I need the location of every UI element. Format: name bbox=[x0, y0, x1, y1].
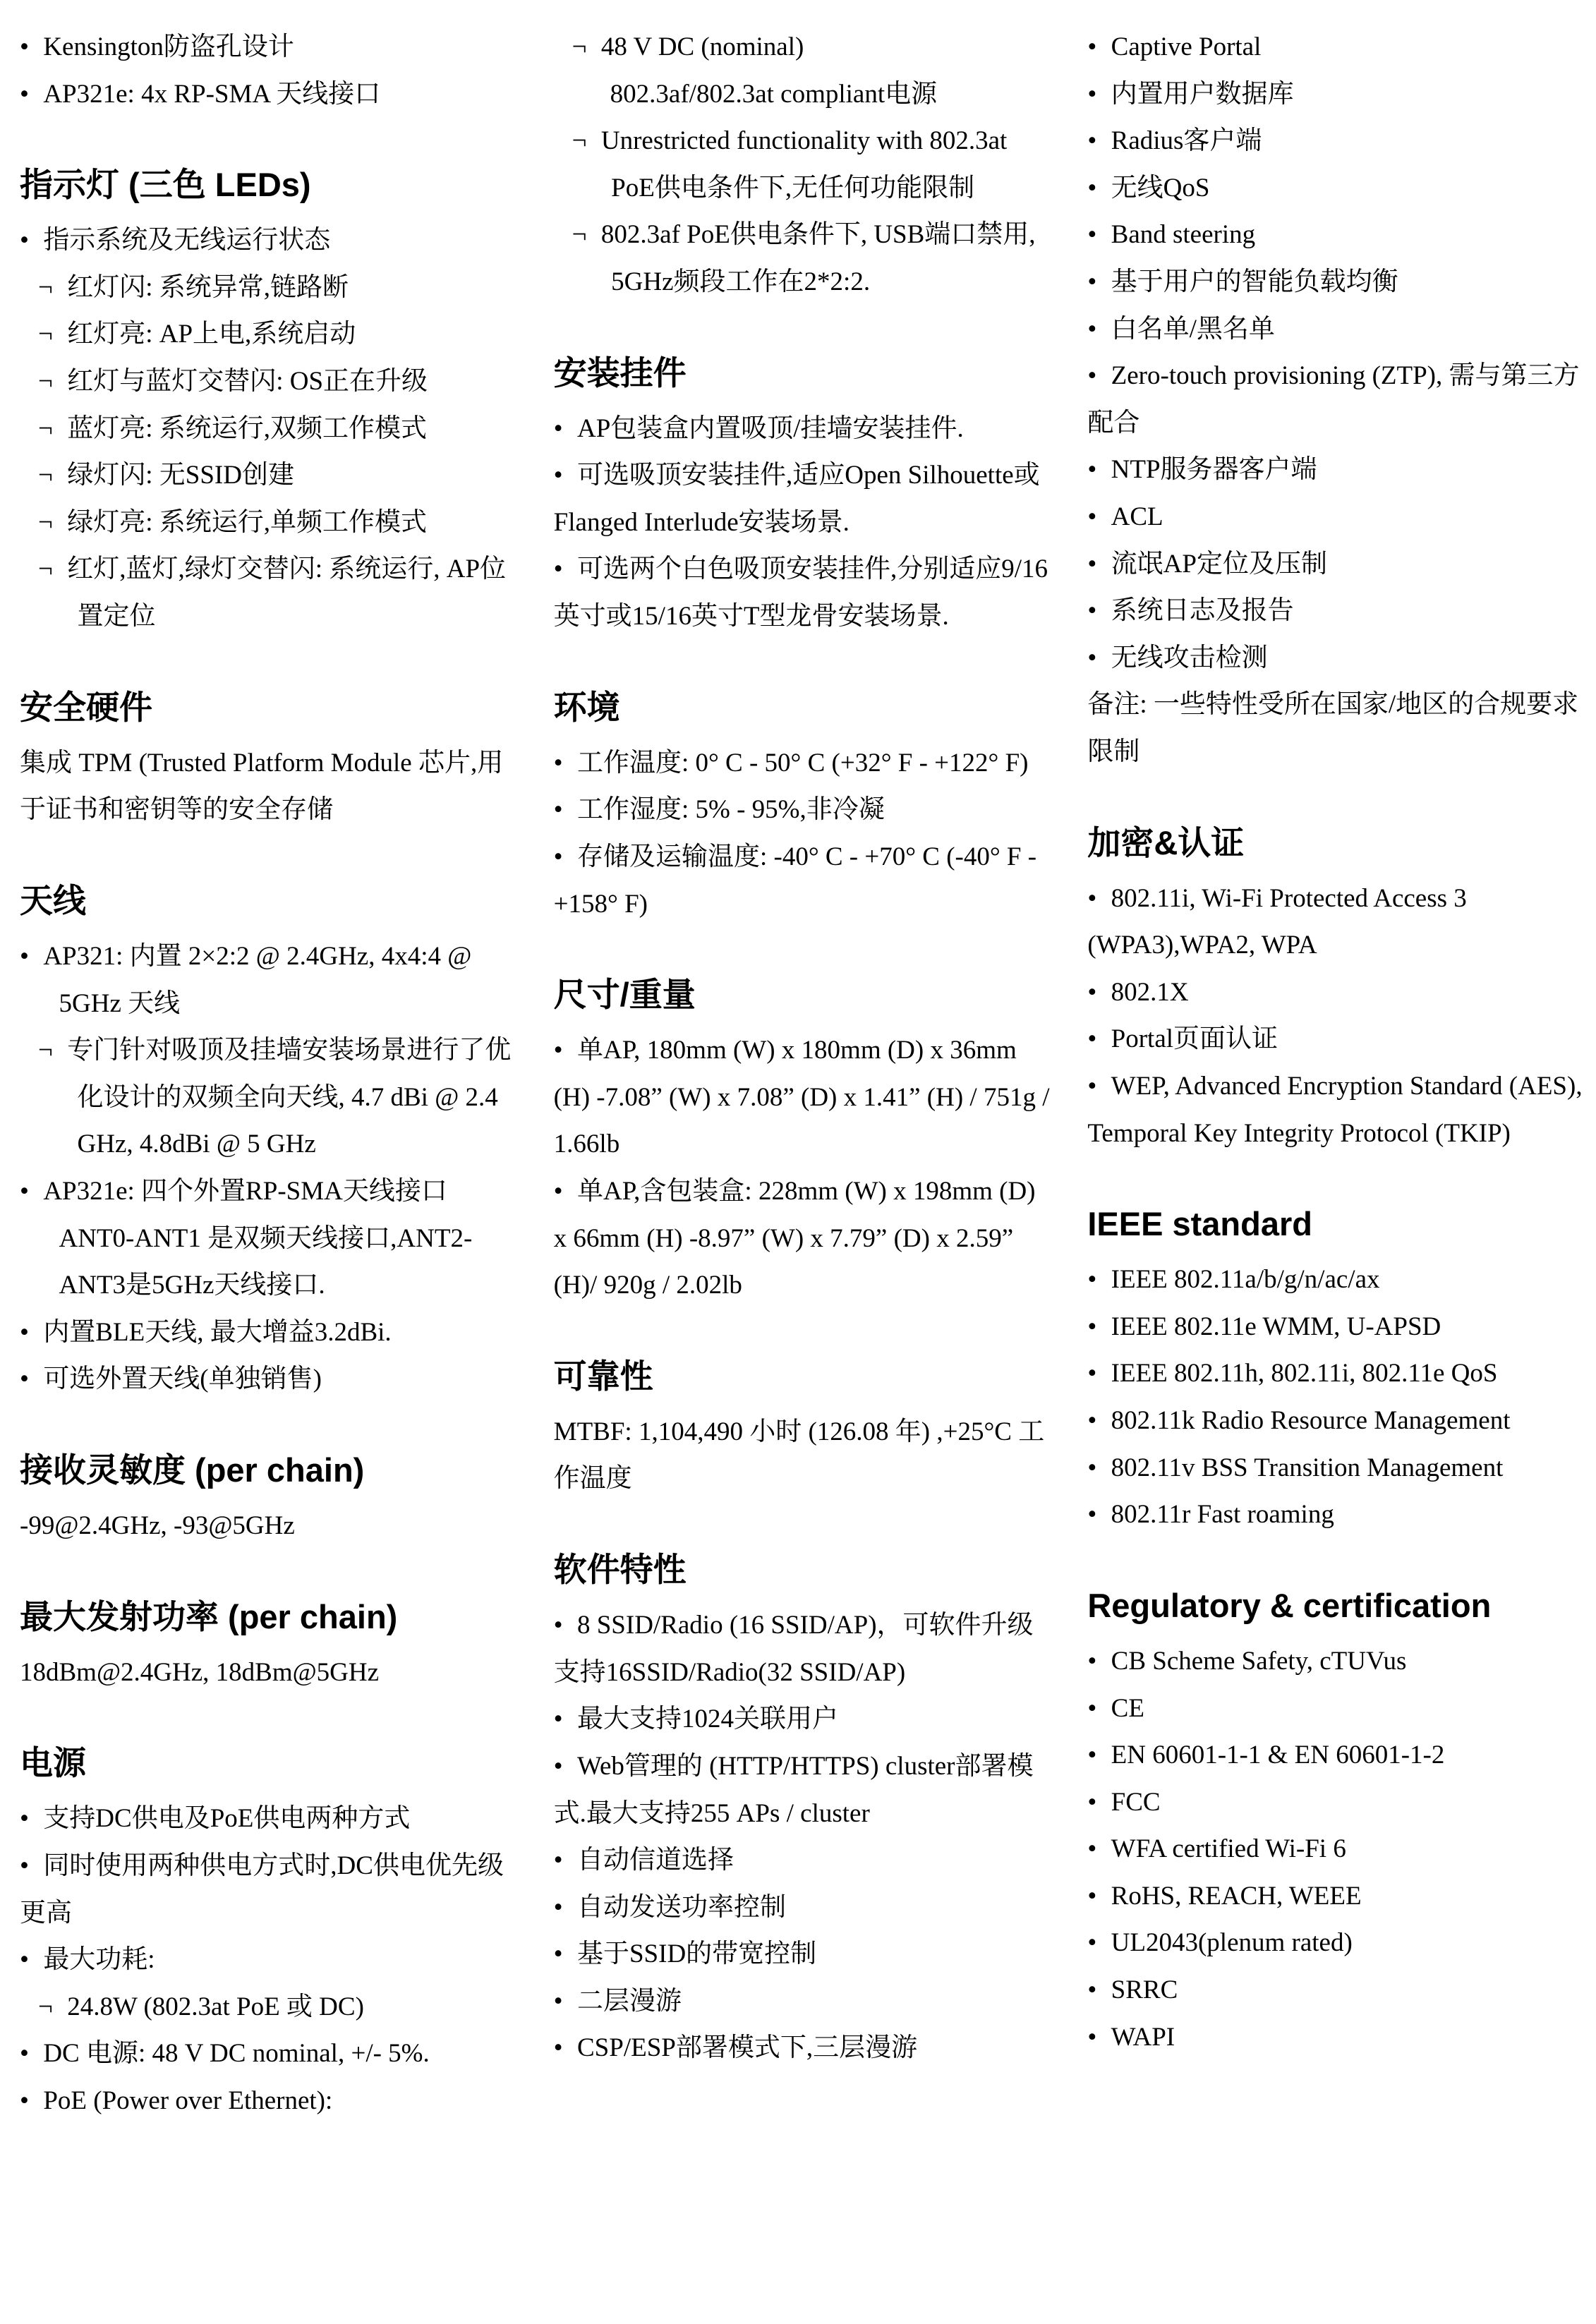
item-text: -99@2.4GHz, -93@5GHz bbox=[20, 1511, 295, 1540]
list-item: •WAPI bbox=[1087, 2014, 1585, 2062]
list-item: •802.11v BSS Transition Management bbox=[1087, 1445, 1585, 1492]
bullet-dot-icon: • bbox=[1087, 126, 1096, 155]
list-item: •Web管理的 (HTTP/HTTPS) cluster部署模式.最大支持255… bbox=[554, 1743, 1051, 1837]
bullet-dot-icon: • bbox=[20, 1318, 29, 1347]
bullet-dot-icon: • bbox=[554, 1705, 563, 1733]
item-text: 同时使用两种供电方式时,DC供电优先级更高 bbox=[20, 1851, 504, 1927]
bullet-dot-icon: • bbox=[20, 1804, 29, 1833]
list-item: •802.11i, Wi-Fi Protected Access 3 (WPA3… bbox=[1087, 876, 1585, 969]
bullet-dot-icon: • bbox=[554, 414, 563, 443]
section-heading: 电源 bbox=[20, 1741, 517, 1784]
list-item: •支持DC供电及PoE供电两种方式 bbox=[20, 1796, 517, 1843]
bullet-dot-icon: • bbox=[554, 1846, 563, 1875]
item-text: 工作温度: 0° C - 50° C (+32° F - +122° F) bbox=[577, 749, 1029, 777]
list-item: •802.1X bbox=[1087, 969, 1585, 1017]
spec-column-left: •Kensington防盗孔设计•AP321e: 4x RP-SMA 天线接口指… bbox=[20, 24, 517, 2310]
item-text: 指示系统及无线运行状态 bbox=[43, 226, 330, 255]
bullet-dot-icon: • bbox=[20, 1177, 29, 1206]
list-item: •无线QoS bbox=[1087, 165, 1585, 212]
list-item: •802.11r Fast roaming bbox=[1087, 1491, 1585, 1539]
item-text: 802.11r Fast roaming bbox=[1111, 1500, 1334, 1529]
item-text: 802.3af PoE供电条件下, USB端口禁用, 5GHz频段工作在2*2:… bbox=[601, 220, 1036, 296]
list-item: •Band steering bbox=[1087, 212, 1585, 259]
item-text: Unrestricted functionality with 802.3at … bbox=[601, 126, 1007, 202]
bullet-sub-icon: ¬ bbox=[38, 508, 53, 537]
item-text: 24.8W (802.3at PoE 或 DC) bbox=[67, 1992, 364, 2021]
list-item: •802.11k Radio Resource Management bbox=[1087, 1398, 1585, 1445]
section-heading: Regulatory & certification bbox=[1087, 1584, 1585, 1627]
list-item: ¬蓝灯亮: 系统运行,双频工作模式 bbox=[38, 406, 517, 453]
list-item: •指示系统及无线运行状态 bbox=[20, 217, 517, 265]
item-text: UL2043(plenum rated) bbox=[1111, 1928, 1353, 1957]
bullet-dot-icon: • bbox=[1087, 315, 1096, 344]
bullet-dot-icon: • bbox=[20, 942, 29, 971]
bullet-dot-icon: • bbox=[1087, 1694, 1096, 1723]
item-text: WFA certified Wi-Fi 6 bbox=[1111, 1834, 1346, 1863]
list-item: ¬红灯与蓝灯交替闪: OS正在升级 bbox=[38, 358, 517, 406]
bullet-dot-icon: • bbox=[20, 32, 29, 61]
section-heading: 天线 bbox=[20, 879, 517, 922]
item-text: 可选两个白色吸顶安装挂件,分别适应9/16英寸或15/16英寸T型龙骨安装场景. bbox=[554, 555, 1048, 631]
section-heading: 环境 bbox=[554, 686, 1051, 729]
item-text: Portal页面认证 bbox=[1111, 1024, 1278, 1053]
bullet-dot-icon: • bbox=[554, 795, 563, 824]
list-item: •Radius客户端 bbox=[1087, 118, 1585, 165]
item-text: 集成 TPM (Trusted Platform Module 芯片,用于证书和… bbox=[20, 749, 503, 825]
item-text: 单AP, 180mm (W) x 180mm (D) x 36mm (H) -7… bbox=[554, 1036, 1050, 1158]
bullet-dot-icon: • bbox=[554, 555, 563, 583]
item-text: AP321e: 四个外置RP-SMA天线接口 ANT0-ANT1 是双频天线接口… bbox=[43, 1177, 472, 1300]
bullet-sub-icon: ¬ bbox=[38, 555, 53, 583]
item-text: AP321: 内置 2×2:2 @ 2.4GHz, 4x4:4 @ 5GHz 天… bbox=[43, 942, 471, 1018]
bullet-dot-icon: • bbox=[1087, 884, 1096, 913]
section-heading: 加密&认证 bbox=[1087, 821, 1585, 864]
list-item: •ACL bbox=[1087, 494, 1585, 541]
list-item: •工作温度: 0° C - 50° C (+32° F - +122° F) bbox=[554, 740, 1051, 787]
section-heading: 软件特性 bbox=[554, 1548, 1051, 1591]
bullet-dot-icon: • bbox=[554, 461, 563, 490]
list-item: •基于用户的智能负载均衡 bbox=[1087, 259, 1585, 306]
bullet-dot-icon: • bbox=[1087, 550, 1096, 579]
section-heading: 安装挂件 bbox=[554, 351, 1051, 394]
item-text: EN 60601-1-1 & EN 60601-1-2 bbox=[1111, 1741, 1445, 1769]
item-text: CE bbox=[1111, 1694, 1144, 1723]
datasheet-page: •Kensington防盗孔设计•AP321e: 4x RP-SMA 天线接口指… bbox=[0, 0, 1596, 2324]
item-text: FCC bbox=[1111, 1788, 1161, 1817]
item-text: RoHS, REACH, WEEE bbox=[1111, 1882, 1362, 1911]
item-text: 无线QoS bbox=[1111, 174, 1210, 202]
bullet-dot-icon: • bbox=[1087, 1928, 1096, 1957]
item-text: 单AP,含包装盒: 228mm (W) x 198mm (D) x 66mm (… bbox=[554, 1177, 1036, 1300]
item-text: IEEE 802.11h, 802.11i, 802.11e QoS bbox=[1111, 1359, 1498, 1388]
bullet-dot-icon: • bbox=[1087, 1312, 1096, 1341]
list-item: •Kensington防盗孔设计 bbox=[20, 24, 517, 71]
list-item: •DC 电源: 48 V DC nominal, +/- 5%. bbox=[20, 2031, 517, 2078]
bullet-dot-icon: • bbox=[554, 749, 563, 777]
list-item: ¬24.8W (802.3at PoE 或 DC) bbox=[38, 1984, 517, 2031]
item-text: 蓝灯亮: 系统运行,双频工作模式 bbox=[67, 414, 427, 443]
item-text: DC 电源: 48 V DC nominal, +/- 5%. bbox=[43, 2039, 429, 2068]
item-text: 最大支持1024关联用户 bbox=[577, 1705, 838, 1733]
list-item: ¬红灯亮: AP上电,系统启动 bbox=[38, 311, 517, 358]
list-item: •SRRC bbox=[1087, 1967, 1585, 2014]
list-item: •基于SSID的带宽控制 bbox=[554, 1931, 1051, 1978]
bullet-dot-icon: • bbox=[554, 2033, 563, 2062]
bullet-dot-icon: • bbox=[1087, 80, 1096, 109]
list-item: •AP321: 内置 2×2:2 @ 2.4GHz, 4x4:4 @ 5GHz … bbox=[20, 933, 517, 1027]
list-item: •AP321e: 4x RP-SMA 天线接口 bbox=[20, 71, 517, 119]
item-text: 无线攻击检测 bbox=[1111, 643, 1268, 672]
list-item: •8 SSID/Radio (16 SSID/AP)，可软件升级支持16SSID… bbox=[554, 1602, 1051, 1696]
bullet-dot-icon: • bbox=[554, 842, 563, 871]
list-item: •CE bbox=[1087, 1685, 1585, 1733]
bullet-dot-icon: • bbox=[20, 1945, 29, 1974]
list-item: ¬绿灯闪: 无SSID创建 bbox=[38, 452, 517, 500]
item-text: Web管理的 (HTTP/HTTPS) cluster部署模式.最大支持255 … bbox=[554, 1752, 1034, 1828]
list-item: •CSP/ESP部署模式下,三层漫游 bbox=[554, 2025, 1051, 2072]
item-text: 18dBm@2.4GHz, 18dBm@5GHz bbox=[20, 1658, 379, 1687]
bullet-dot-icon: • bbox=[1087, 1500, 1096, 1529]
bullet-dot-icon: • bbox=[20, 1851, 29, 1880]
spec-column-middle: ¬48 V DC (nominal)802.3af/802.3at compli… bbox=[554, 24, 1051, 2310]
item-text: 存储及运输温度: -40° C - +70° C (-40° F - +158°… bbox=[554, 842, 1036, 919]
item-text: 802.1X bbox=[1111, 978, 1189, 1007]
list-item: ¬专门针对吸顶及挂墙安装场景进行了优化设计的双频全向天线, 4.7 dBi @ … bbox=[38, 1027, 517, 1168]
list-item: •二层漫游 bbox=[554, 1978, 1051, 2026]
item-text: Band steering bbox=[1111, 220, 1255, 249]
bullet-dot-icon: • bbox=[1087, 978, 1096, 1007]
bullet-dot-icon: • bbox=[1087, 1741, 1096, 1769]
item-text: 8 SSID/Radio (16 SSID/AP)，可软件升级支持16SSID/… bbox=[554, 1611, 1034, 1687]
list-item: •白名单/黑名单 bbox=[1087, 306, 1585, 353]
bullet-dot-icon: • bbox=[20, 2086, 29, 2115]
section-heading: IEEE standard bbox=[1087, 1202, 1585, 1245]
list-item: •AP包装盒内置吸顶/挂墙安装挂件. bbox=[554, 406, 1051, 453]
list-item: •可选两个白色吸顶安装挂件,分别适应9/16英寸或15/16英寸T型龙骨安装场景… bbox=[554, 546, 1051, 640]
bullet-dot-icon: • bbox=[1087, 220, 1096, 249]
list-item: ¬Unrestricted functionality with 802.3at… bbox=[572, 118, 1051, 212]
bullet-dot-icon: • bbox=[20, 1364, 29, 1393]
bullet-sub-icon: ¬ bbox=[38, 1992, 53, 2021]
bullet-dot-icon: • bbox=[1087, 1406, 1096, 1435]
bullet-sub-icon: ¬ bbox=[38, 461, 53, 490]
list-item: ¬48 V DC (nominal) bbox=[572, 24, 1051, 71]
item-text: PoE (Power over Ethernet): bbox=[43, 2086, 332, 2115]
list-item: ¬红灯闪: 系统异常,链路断 bbox=[38, 265, 517, 312]
item-text: Kensington防盗孔设计 bbox=[43, 32, 294, 61]
list-item: •FCC bbox=[1087, 1779, 1585, 1827]
item-text: 红灯亮: AP上电,系统启动 bbox=[67, 320, 356, 349]
item-text: 最大功耗: bbox=[43, 1945, 155, 1974]
bullet-dot-icon: • bbox=[20, 2039, 29, 2068]
list-item: •单AP,含包装盒: 228mm (W) x 198mm (D) x 66mm … bbox=[554, 1168, 1051, 1309]
list-item: 802.3af/802.3at compliant电源 bbox=[572, 71, 1051, 119]
item-text: 内置用户数据库 bbox=[1111, 80, 1294, 109]
list-item: •同时使用两种供电方式时,DC供电优先级更高 bbox=[20, 1843, 517, 1937]
list-item: ¬红灯,蓝灯,绿灯交替闪: 系统运行, AP位置定位 bbox=[38, 546, 517, 640]
paragraph: -99@2.4GHz, -93@5GHz bbox=[20, 1503, 517, 1550]
bullet-dot-icon: • bbox=[20, 226, 29, 255]
item-text: 48 V DC (nominal) bbox=[601, 32, 804, 61]
item-text: IEEE 802.11a/b/g/n/ac/ax bbox=[1111, 1265, 1380, 1294]
item-text: NTP服务器客户端 bbox=[1111, 455, 1317, 484]
bullet-dot-icon: • bbox=[20, 80, 29, 109]
item-text: 流氓AP定位及压制 bbox=[1111, 550, 1327, 579]
bullet-dot-icon: • bbox=[1087, 1072, 1096, 1101]
bullet-dot-icon: • bbox=[554, 1987, 563, 2016]
bullet-dot-icon: • bbox=[1087, 1882, 1096, 1911]
bullet-dot-icon: • bbox=[1087, 1265, 1096, 1294]
list-item: •内置用户数据库 bbox=[1087, 71, 1585, 119]
bullet-dot-icon: • bbox=[1087, 1024, 1096, 1053]
item-text: 工作湿度: 5% - 95%,非冷凝 bbox=[577, 795, 885, 824]
item-text: 802.3af/802.3at compliant电源 bbox=[610, 80, 937, 109]
bullet-dot-icon: • bbox=[1087, 1975, 1096, 2004]
item-text: 802.11i, Wi-Fi Protected Access 3 (WPA3)… bbox=[1087, 884, 1466, 960]
bullet-dot-icon: • bbox=[554, 1893, 563, 1922]
item-text: AP包装盒内置吸顶/挂墙安装挂件. bbox=[577, 414, 964, 443]
item-text: ACL bbox=[1111, 502, 1163, 531]
item-text: MTBF: 1,104,490 小时 (126.08 年) ,+25°C 工作温… bbox=[554, 1417, 1045, 1494]
list-item: •Captive Portal bbox=[1087, 24, 1585, 71]
item-text: 绿灯亮: 系统运行,单频工作模式 bbox=[67, 508, 427, 537]
item-text: 绿灯闪: 无SSID创建 bbox=[67, 461, 294, 490]
item-text: 红灯闪: 系统异常,链路断 bbox=[67, 273, 349, 302]
list-item: •最大功耗: bbox=[20, 1937, 517, 1984]
bullet-sub-icon: ¬ bbox=[572, 32, 587, 61]
list-item: •EN 60601-1-1 & EN 60601-1-2 bbox=[1087, 1732, 1585, 1779]
item-text: 备注: 一些特性受所在国家/地区的合规要求限制 bbox=[1087, 690, 1578, 766]
item-text: Radius客户端 bbox=[1111, 126, 1262, 155]
item-text: WEP, Advanced Encryption Standard (AES),… bbox=[1087, 1072, 1582, 1148]
item-text: WAPI bbox=[1111, 2023, 1175, 2052]
bullet-dot-icon: • bbox=[554, 1939, 563, 1968]
list-item: •RoHS, REACH, WEEE bbox=[1087, 1873, 1585, 1920]
section-heading: 可靠性 bbox=[554, 1355, 1051, 1398]
item-text: 基于用户的智能负载均衡 bbox=[1111, 267, 1398, 296]
item-text: Captive Portal bbox=[1111, 32, 1262, 61]
item-text: 白名单/黑名单 bbox=[1111, 315, 1275, 344]
item-text: 802.11k Radio Resource Management bbox=[1111, 1406, 1511, 1435]
item-text: 红灯,蓝灯,绿灯交替闪: 系统运行, AP位置定位 bbox=[67, 555, 506, 631]
section-heading: 指示灯 (三色 LEDs) bbox=[20, 163, 517, 206]
item-text: SRRC bbox=[1111, 1975, 1178, 2004]
bullet-sub-icon: ¬ bbox=[38, 273, 53, 302]
bullet-dot-icon: • bbox=[1087, 596, 1096, 625]
paragraph: 集成 TPM (Trusted Platform Module 芯片,用于证书和… bbox=[20, 740, 517, 834]
list-item: •可选吸顶安装挂件,适应Open Silhouette或Flanged Inte… bbox=[554, 452, 1051, 546]
list-item: •Portal页面认证 bbox=[1087, 1016, 1585, 1063]
bullet-sub-icon: ¬ bbox=[572, 126, 587, 155]
bullet-sub-icon: ¬ bbox=[38, 320, 53, 349]
bullet-dot-icon: • bbox=[1087, 502, 1096, 531]
bullet-dot-icon: • bbox=[1087, 1359, 1096, 1388]
bullet-dot-icon: • bbox=[1087, 32, 1096, 61]
item-text: 基于SSID的带宽控制 bbox=[577, 1939, 816, 1968]
bullet-dot-icon: • bbox=[1087, 361, 1096, 390]
item-text: 802.11v BSS Transition Management bbox=[1111, 1453, 1504, 1482]
bullet-dot-icon: • bbox=[1087, 1453, 1096, 1482]
bullet-sub-icon: ¬ bbox=[572, 220, 587, 249]
list-item: •可选外置天线(单独销售) bbox=[20, 1356, 517, 1403]
paragraph: MTBF: 1,104,490 小时 (126.08 年) ,+25°C 工作温… bbox=[554, 1409, 1051, 1503]
item-text: 内置BLE天线, 最大增益3.2dBi. bbox=[43, 1318, 391, 1347]
bullet-dot-icon: • bbox=[1087, 2023, 1096, 2052]
section-heading: 安全硬件 bbox=[20, 686, 517, 729]
item-text: 系统日志及报告 bbox=[1111, 596, 1294, 625]
list-item: •存储及运输温度: -40° C - +70° C (-40° F - +158… bbox=[554, 834, 1051, 928]
section-heading: 最大发射功率 (per chain) bbox=[20, 1595, 517, 1638]
list-item: •单AP, 180mm (W) x 180mm (D) x 36mm (H) -… bbox=[554, 1027, 1051, 1168]
bullet-dot-icon: • bbox=[1087, 267, 1096, 296]
item-text: 支持DC供电及PoE供电两种方式 bbox=[43, 1804, 410, 1833]
bullet-dot-icon: • bbox=[1087, 643, 1096, 672]
spec-column-right: •Captive Portal•内置用户数据库•Radius客户端•无线QoS•… bbox=[1087, 24, 1585, 2310]
list-item: •工作湿度: 5% - 95%,非冷凝 bbox=[554, 787, 1051, 834]
bullet-dot-icon: • bbox=[1087, 174, 1096, 202]
item-text: 自动发送功率控制 bbox=[577, 1893, 786, 1922]
item-text: 专门针对吸顶及挂墙安装场景进行了优化设计的双频全向天线, 4.7 dBi @ 2… bbox=[67, 1036, 511, 1158]
bullet-dot-icon: • bbox=[554, 1036, 563, 1065]
item-text: 自动信道选择 bbox=[577, 1846, 734, 1875]
item-text: 二层漫游 bbox=[577, 1987, 682, 2016]
list-item: •流氓AP定位及压制 bbox=[1087, 541, 1585, 588]
section-heading: 尺寸/重量 bbox=[554, 973, 1051, 1016]
bullet-dot-icon: • bbox=[1087, 1834, 1096, 1863]
list-item: •CB Scheme Safety, cTUVus bbox=[1087, 1638, 1585, 1685]
section-heading: 接收灵敏度 (per chain) bbox=[20, 1448, 517, 1491]
item-text: 可选外置天线(单独销售) bbox=[43, 1364, 322, 1393]
paragraph: 备注: 一些特性受所在国家/地区的合规要求限制 bbox=[1087, 682, 1585, 775]
list-item: •最大支持1024关联用户 bbox=[554, 1696, 1051, 1743]
item-text: CSP/ESP部署模式下,三层漫游 bbox=[577, 2033, 917, 2062]
list-item: •无线攻击检测 bbox=[1087, 635, 1585, 682]
list-item: •AP321e: 四个外置RP-SMA天线接口 ANT0-ANT1 是双频天线接… bbox=[20, 1168, 517, 1309]
bullet-dot-icon: • bbox=[554, 1752, 563, 1781]
item-text: CB Scheme Safety, cTUVus bbox=[1111, 1647, 1407, 1676]
bullet-sub-icon: ¬ bbox=[38, 1036, 53, 1065]
list-item: •IEEE 802.11e WMM, U-APSD bbox=[1087, 1304, 1585, 1351]
bullet-dot-icon: • bbox=[1087, 1647, 1096, 1676]
list-item: •WEP, Advanced Encryption Standard (AES)… bbox=[1087, 1063, 1585, 1157]
bullet-dot-icon: • bbox=[554, 1177, 563, 1206]
bullet-dot-icon: • bbox=[554, 1611, 563, 1640]
list-item: •NTP服务器客户端 bbox=[1087, 447, 1585, 494]
item-text: AP321e: 4x RP-SMA 天线接口 bbox=[43, 80, 380, 109]
list-item: •PoE (Power over Ethernet): bbox=[20, 2078, 517, 2125]
bullet-sub-icon: ¬ bbox=[38, 367, 53, 396]
list-item: •Zero-touch provisioning (ZTP), 需与第三方配合 bbox=[1087, 353, 1585, 447]
list-item: •内置BLE天线, 最大增益3.2dBi. bbox=[20, 1309, 517, 1357]
bullet-dot-icon: • bbox=[1087, 455, 1096, 484]
paragraph: 18dBm@2.4GHz, 18dBm@5GHz bbox=[20, 1650, 517, 1697]
list-item: •自动发送功率控制 bbox=[554, 1884, 1051, 1932]
list-item: •系统日志及报告 bbox=[1087, 588, 1585, 635]
bullet-sub-icon: ¬ bbox=[38, 414, 53, 443]
list-item: ¬绿灯亮: 系统运行,单频工作模式 bbox=[38, 500, 517, 547]
item-text: 可选吸顶安装挂件,适应Open Silhouette或Flanged Inter… bbox=[554, 461, 1040, 537]
item-text: Zero-touch provisioning (ZTP), 需与第三方配合 bbox=[1087, 361, 1579, 437]
item-text: IEEE 802.11e WMM, U-APSD bbox=[1111, 1312, 1441, 1341]
list-item: •IEEE 802.11h, 802.11i, 802.11e QoS bbox=[1087, 1350, 1585, 1398]
bullet-dot-icon: • bbox=[1087, 1788, 1096, 1817]
list-item: •UL2043(plenum rated) bbox=[1087, 1920, 1585, 1967]
list-item: •IEEE 802.11a/b/g/n/ac/ax bbox=[1087, 1257, 1585, 1304]
list-item: ¬802.3af PoE供电条件下, USB端口禁用, 5GHz频段工作在2*2… bbox=[572, 212, 1051, 305]
list-item: •WFA certified Wi-Fi 6 bbox=[1087, 1826, 1585, 1873]
item-text: 红灯与蓝灯交替闪: OS正在升级 bbox=[67, 367, 428, 396]
list-item: •自动信道选择 bbox=[554, 1837, 1051, 1884]
